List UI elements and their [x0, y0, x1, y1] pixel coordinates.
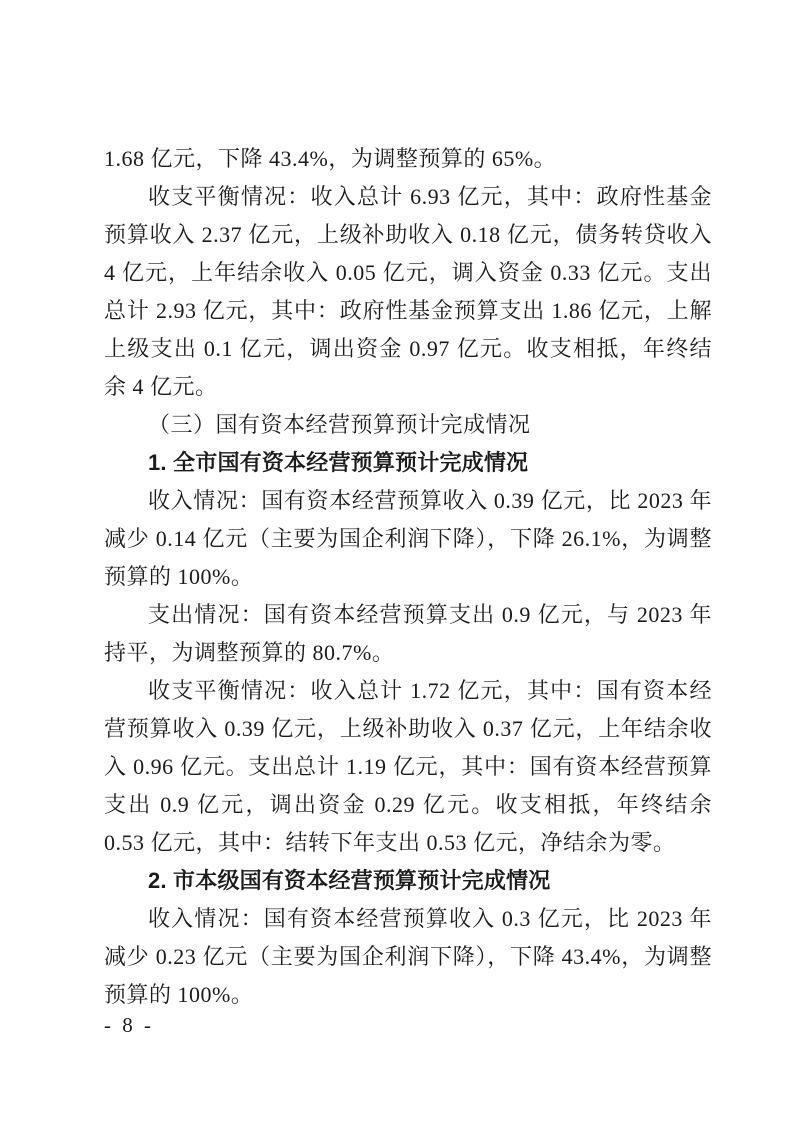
section-heading-soe-capital-budget: （三）国有资本经营预算预计完成情况 — [104, 406, 712, 444]
paragraph-citywide-expenditure: 支出情况：国有资本经营预算支出 0.9 亿元，与 2023 年持平，为调整预算的… — [104, 596, 712, 672]
subsection-heading-citywide-soe-budget: 1. 全市国有资本经营预算预计完成情况 — [104, 444, 712, 482]
paragraph-municipal-income: 收入情况：国有资本经营预算收入 0.3 亿元，比 2023 年减少 0.23 亿… — [104, 900, 712, 1014]
paragraph-citywide-balance: 收支平衡情况：收入总计 1.72 亿元，其中：国有资本经营预算收入 0.39 亿… — [104, 672, 712, 862]
subsection-heading-municipal-soe-budget: 2. 市本级国有资本经营预算预计完成情况 — [104, 862, 712, 900]
document-body: 1.68 亿元，下降 43.4%，为调整预算的 65%。 收支平衡情况：收入总计… — [104, 140, 712, 1014]
paragraph-fund-budget-balance: 收支平衡情况：收入总计 6.93 亿元，其中：政府性基金预算收入 2.37 亿元… — [104, 178, 712, 406]
paragraph-continuation: 1.68 亿元，下降 43.4%，为调整预算的 65%。 — [104, 140, 712, 178]
document-page: 1.68 亿元，下降 43.4%，为调整预算的 65%。 收支平衡情况：收入总计… — [0, 0, 793, 1122]
paragraph-citywide-income: 收入情况：国有资本经营预算收入 0.39 亿元，比 2023 年减少 0.14 … — [104, 482, 712, 596]
page-number: - 8 - — [104, 1013, 154, 1038]
